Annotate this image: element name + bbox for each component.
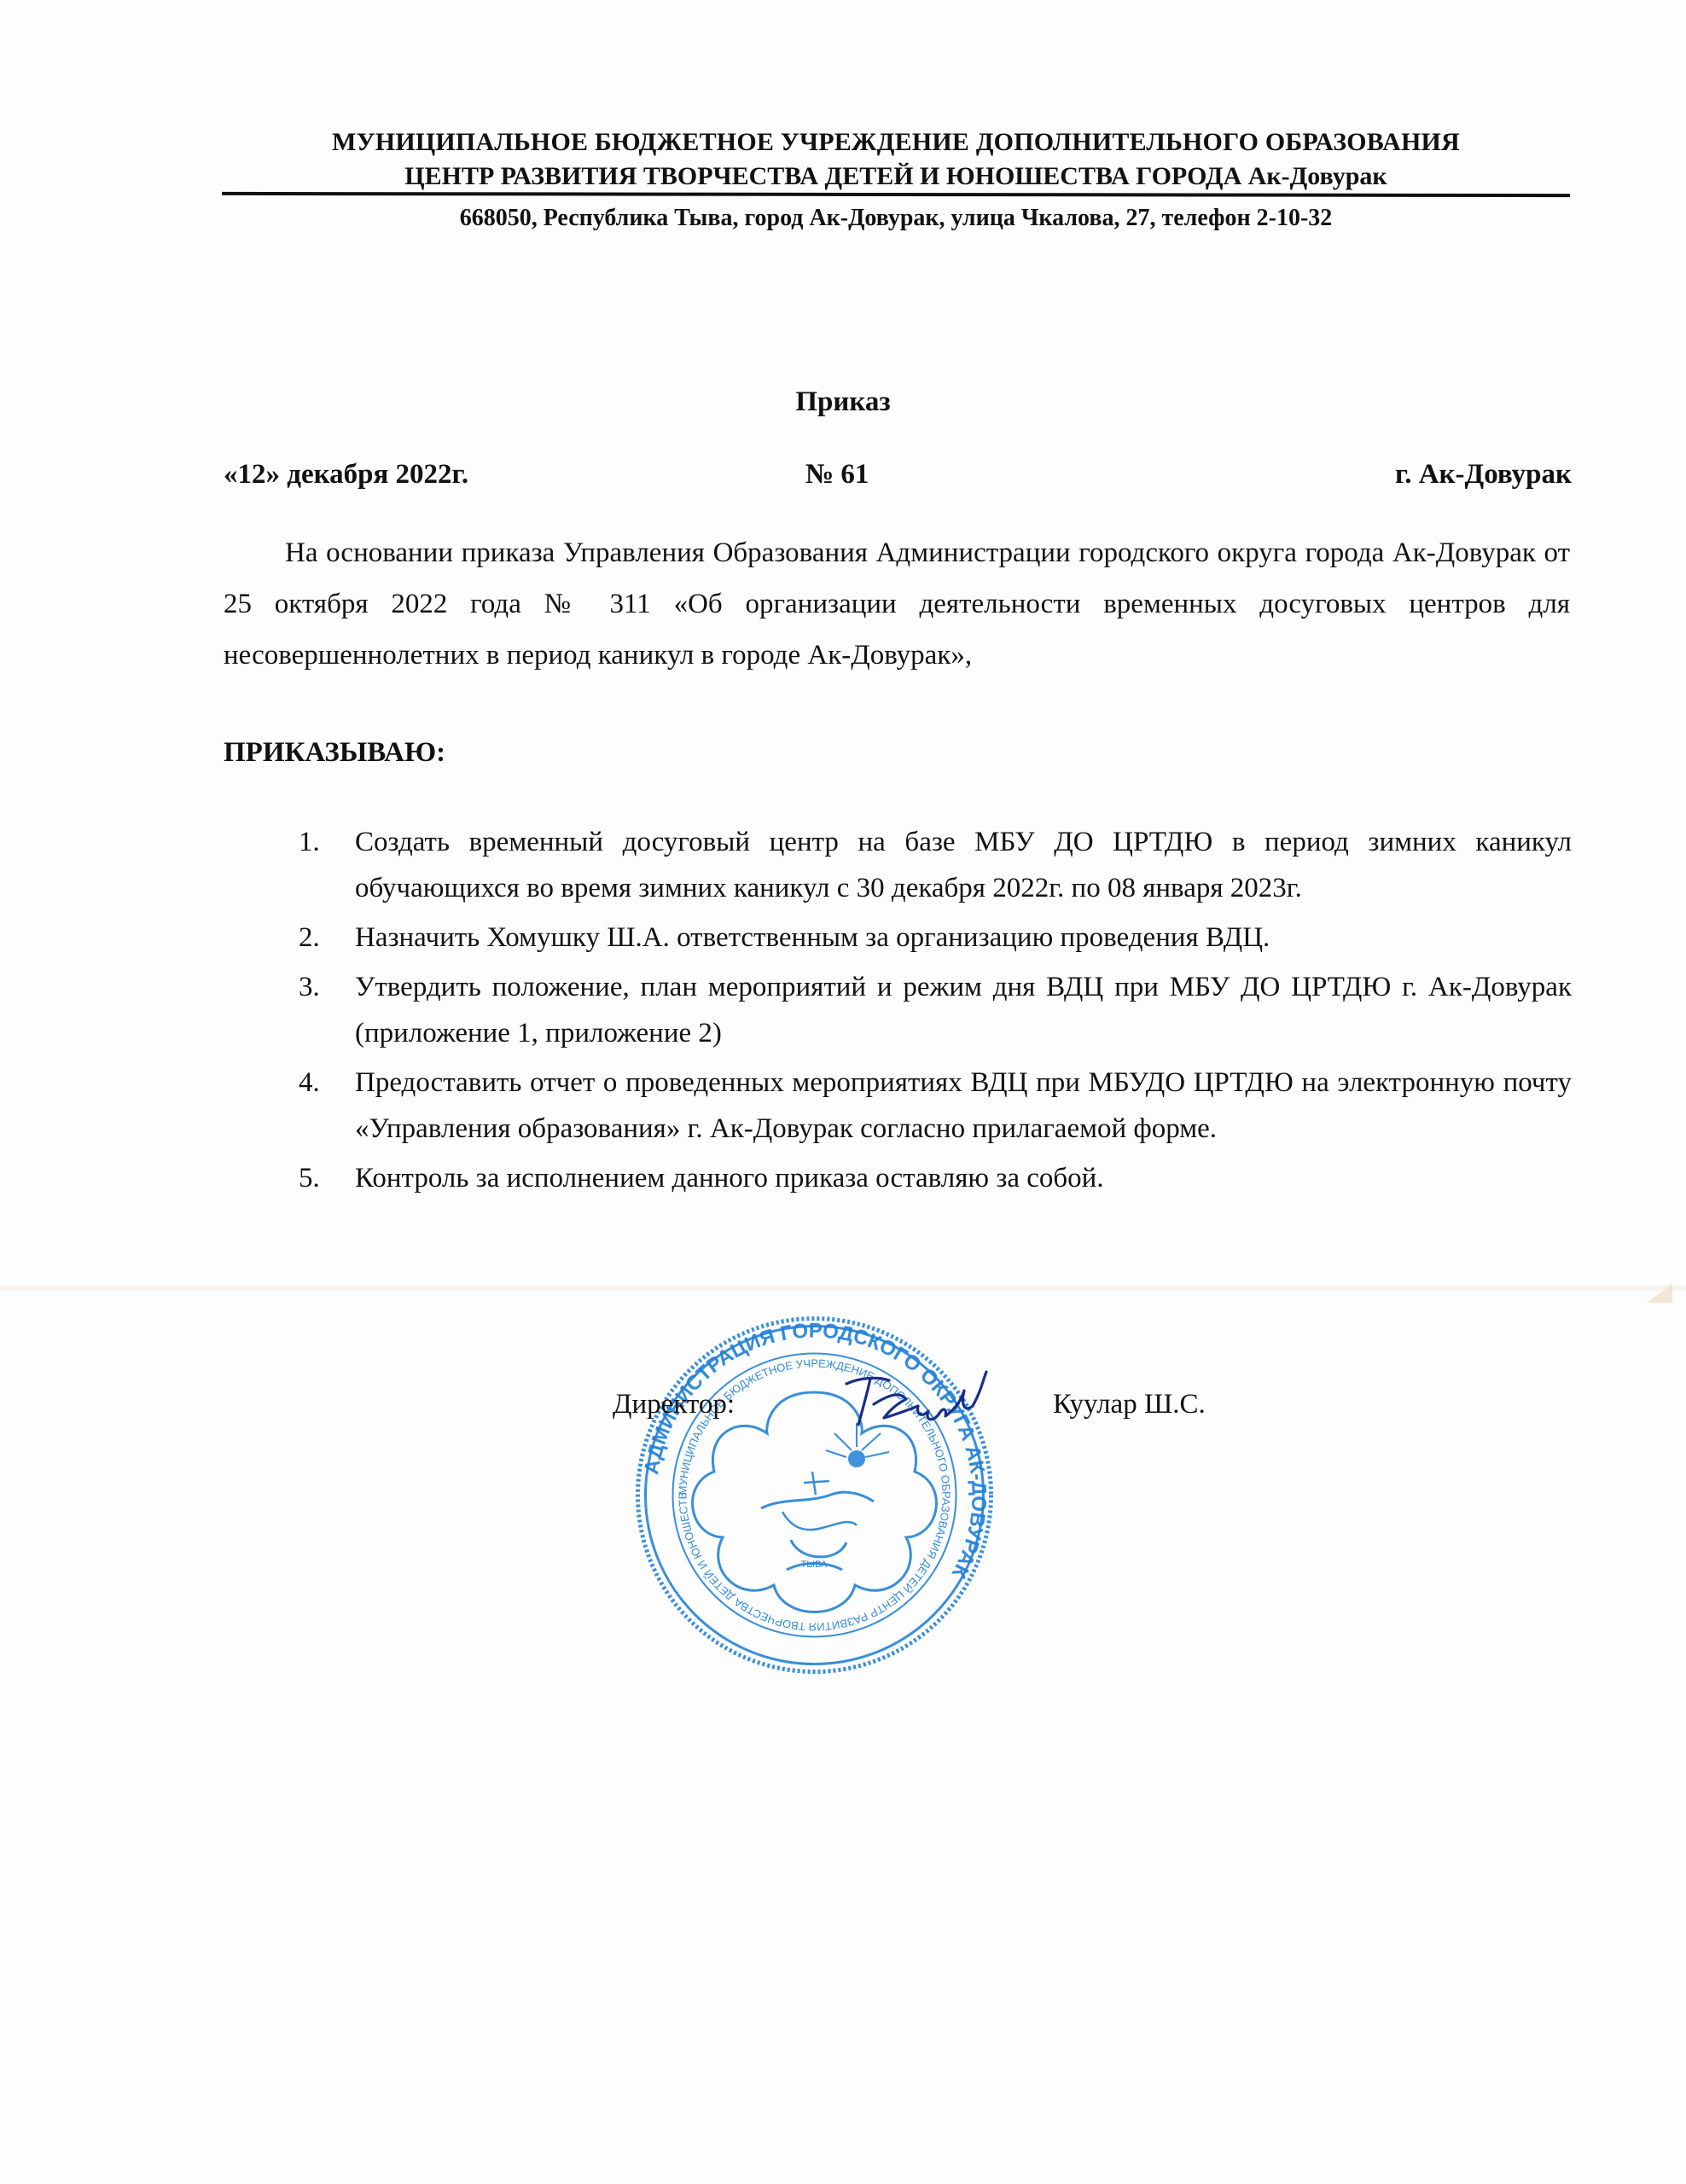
- paper-corner-mark: [1647, 1284, 1672, 1303]
- item-text: Контроль за исполнением данного приказа …: [355, 1163, 1104, 1194]
- item-text: Предоставить отчет о проведенных меропри…: [355, 1067, 1572, 1144]
- letterhead-line-2: ЦЕНТР РАЗВИТИЯ ТВОРЧЕСТВА ДЕТЕЙ И ЮНОШЕС…: [222, 162, 1570, 191]
- item-number: 1.: [299, 819, 320, 865]
- order-item: 5. Контроль за исполнением данного прика…: [282, 1155, 1572, 1201]
- order-item: 2. Назначить Хомушку Ш.А. ответственным …: [282, 915, 1572, 961]
- document-title: Приказ: [0, 386, 1686, 418]
- item-number: 2.: [299, 915, 320, 961]
- item-text: Утвердить положение, план мероприятий и …: [355, 972, 1572, 1048]
- item-text: Создать временный досуговый центр на баз…: [355, 827, 1572, 903]
- document-number: № 61: [805, 459, 869, 491]
- order-items-list: 1. Создать временный досуговый центр на …: [282, 819, 1572, 1205]
- letterhead-line-1: МУНИЦИПАЛЬНОЕ БЮДЖЕТНОЕ УЧРЕЖДЕНИЕ ДОПОЛ…: [222, 128, 1570, 157]
- letterhead-divider: [222, 192, 1570, 197]
- handwritten-signature-icon: [836, 1365, 990, 1442]
- stamp-center-label: ТЫВА: [801, 1560, 828, 1570]
- item-number: 4.: [299, 1060, 320, 1106]
- item-number: 3.: [299, 964, 320, 1010]
- paper-fold-line: [0, 1284, 1686, 1292]
- signature-role: Директор:: [613, 1389, 735, 1420]
- document-date: «12» декабря 2022г.: [224, 459, 468, 491]
- document-meta: «12» декабря 2022г. № 61 г. Ак-Довурак: [224, 459, 1572, 497]
- intro-paragraph: На основании приказа Управления Образова…: [224, 527, 1570, 681]
- order-item: 1. Создать временный досуговый центр на …: [282, 819, 1572, 911]
- signature-name: Куулар Ш.С.: [1053, 1389, 1206, 1420]
- document-city: г. Ак-Довурак: [1395, 459, 1572, 491]
- letterhead-address: 668050, Республика Тыва, город Ак-Довура…: [222, 205, 1570, 232]
- item-text: Назначить Хомушку Ш.А. ответственным за …: [355, 922, 1270, 953]
- order-item: 3. Утвердить положение, план мероприятий…: [282, 964, 1572, 1056]
- document-page: МУНИЦИПАЛЬНОЕ БЮДЖЕТНОЕ УЧРЕЖДЕНИЕ ДОПОЛ…: [0, 0, 1686, 2184]
- order-item: 4. Предоставить отчет о проведенных меро…: [282, 1060, 1572, 1152]
- order-heading: ПРИКАЗЫВАЮ:: [224, 737, 445, 769]
- item-number: 5.: [299, 1155, 320, 1201]
